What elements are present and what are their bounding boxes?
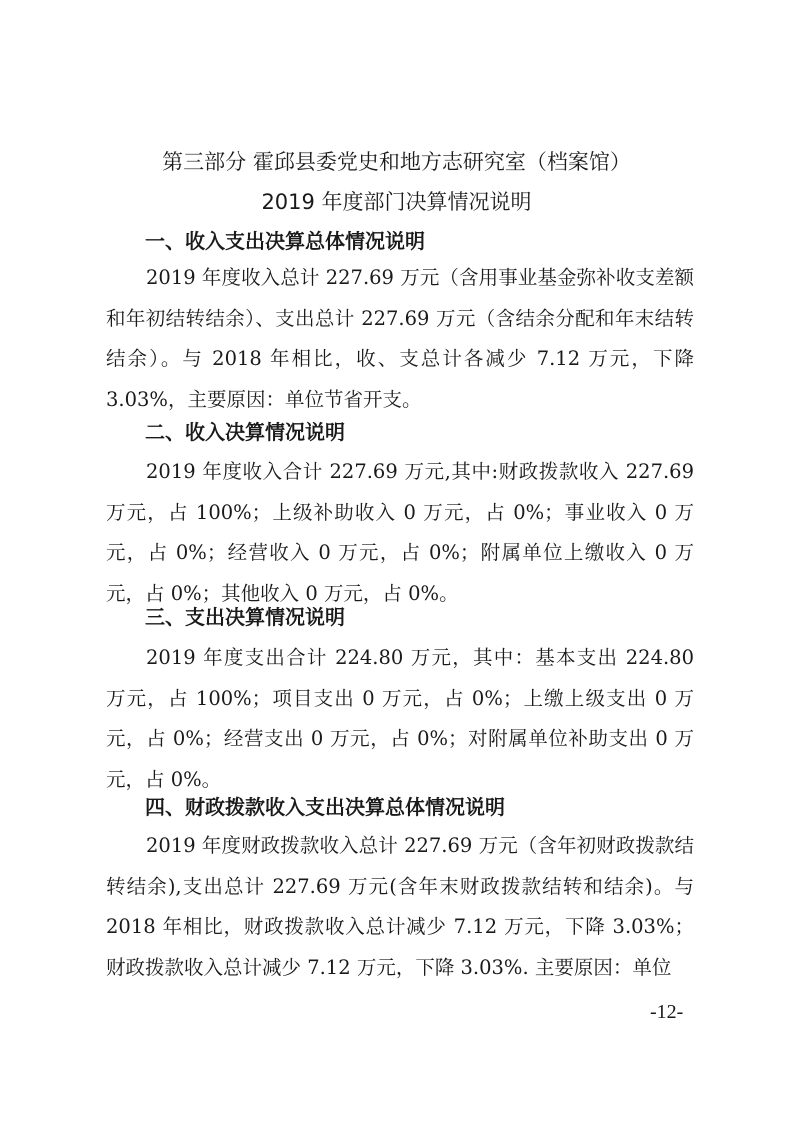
document-page: 第三部分 霍邱县委党史和地方志研究室（档案馆） 2019 年度部门决算情况说明 … — [0, 0, 793, 1122]
section-heading-4: 四、财政拨款收入支出决算总体情况说明 — [145, 792, 505, 822]
page-number: -12- — [650, 1000, 683, 1024]
document-title: 第三部分 霍邱县委党史和地方志研究室（档案馆） — [0, 147, 793, 177]
section-body-1: 2019 年度收入总计 227.69 万元（含用事业基金弥补收支差额和年初结转结… — [106, 258, 694, 420]
document-subtitle: 2019 年度部门决算情况说明 — [0, 187, 793, 217]
section-heading-3: 三、支出决算情况说明 — [145, 602, 345, 632]
section-body-4: 2019 年度财政拨款收入总计 227.69 万元（含年初财政拨款结转结余),支… — [106, 826, 694, 988]
section-body-2: 2019 年度收入合计 227.69 万元,其中:财政拨款收入 227.69 万… — [106, 452, 694, 614]
section-heading-2: 二、收入决算情况说明 — [145, 417, 345, 447]
section-heading-1: 一、收入支出决算总体情况说明 — [145, 226, 425, 256]
section-body-3: 2019 年度支出合计 224.80 万元，其中：基本支出 224.80 万元，… — [106, 638, 694, 800]
